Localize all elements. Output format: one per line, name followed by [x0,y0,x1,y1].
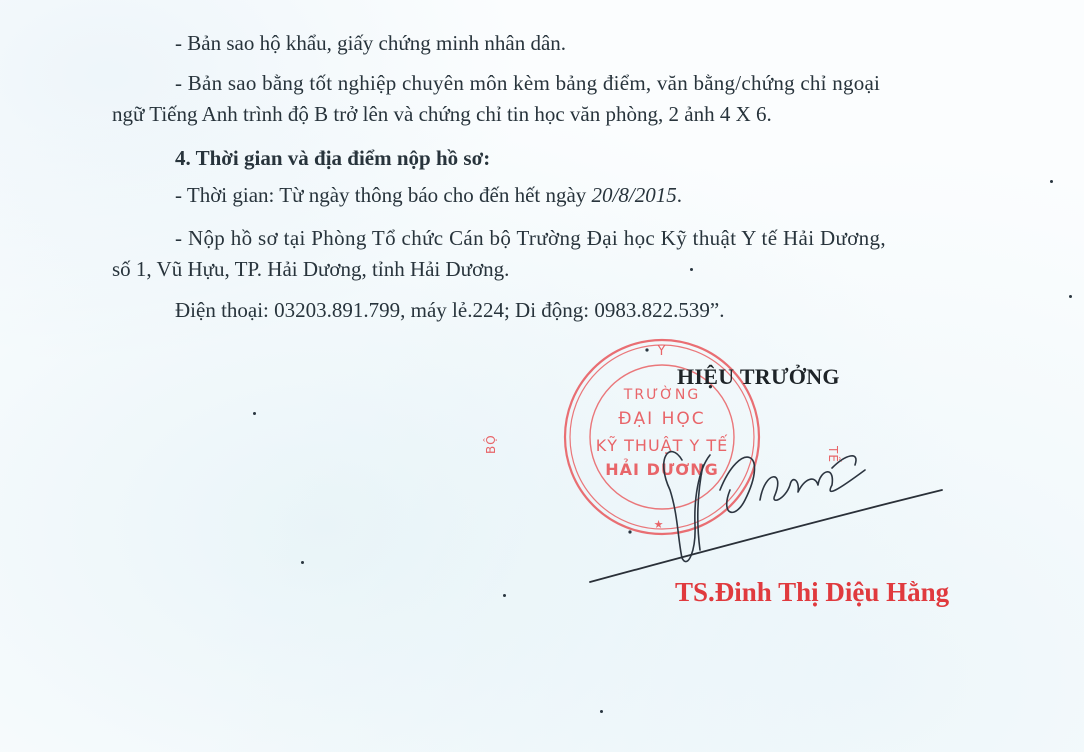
paragraph-time: - Thời gian: Từ ngày thông báo cho đến h… [175,182,682,208]
seal-line-2: ĐẠI HỌC [562,409,762,429]
time-suffix: . [677,183,682,207]
paragraph-documents-id: - Bản sao hộ khẩu, giấy chứng minh nhân … [175,30,566,56]
paragraph-phone: Điện thoại: 03203.891.799, máy lẻ.224; D… [175,297,724,323]
section-heading: 4. Thời gian và địa điểm nộp hồ sơ: [175,145,490,171]
scan-speckle [690,268,693,271]
time-prefix: - Thời gian: Từ ngày thông báo cho đến h… [175,183,592,207]
handwritten-signature-icon [570,430,970,590]
paragraph-documents-degree-line2: ngữ Tiếng Anh trình độ B trở lên và chứn… [112,101,772,127]
scan-speckle [253,412,256,415]
paragraph-text: - Bản sao bằng tốt nghiệp chuyên môn kèm… [175,70,880,96]
paragraph-place-line2: số 1, Vũ Hựu, TP. Hải Dương, tỉnh Hải Dư… [112,256,509,282]
paragraph-place-line1: - Nộp hồ sơ tại Phòng Tổ chức Cán bộ Trư… [175,225,1036,251]
scan-speckle [1050,180,1053,183]
seal-top-letter: Y [562,344,762,359]
scan-speckle [1069,295,1072,298]
signature-title: HIỆU TRƯỞNG [677,364,840,390]
deadline-date: 20/8/2015 [592,183,677,207]
scan-speckle [301,561,304,564]
signer-name: TS.Đinh Thị Diệu Hằng [675,577,949,608]
paragraph-documents-degree-line1: - Bản sao bằng tốt nghiệp chuyên môn kèm… [175,70,1036,96]
scan-speckle [503,594,506,597]
scan-speckle [600,710,603,713]
paragraph-text: - Nộp hồ sơ tại Phòng Tổ chức Cán bộ Trư… [175,225,886,251]
